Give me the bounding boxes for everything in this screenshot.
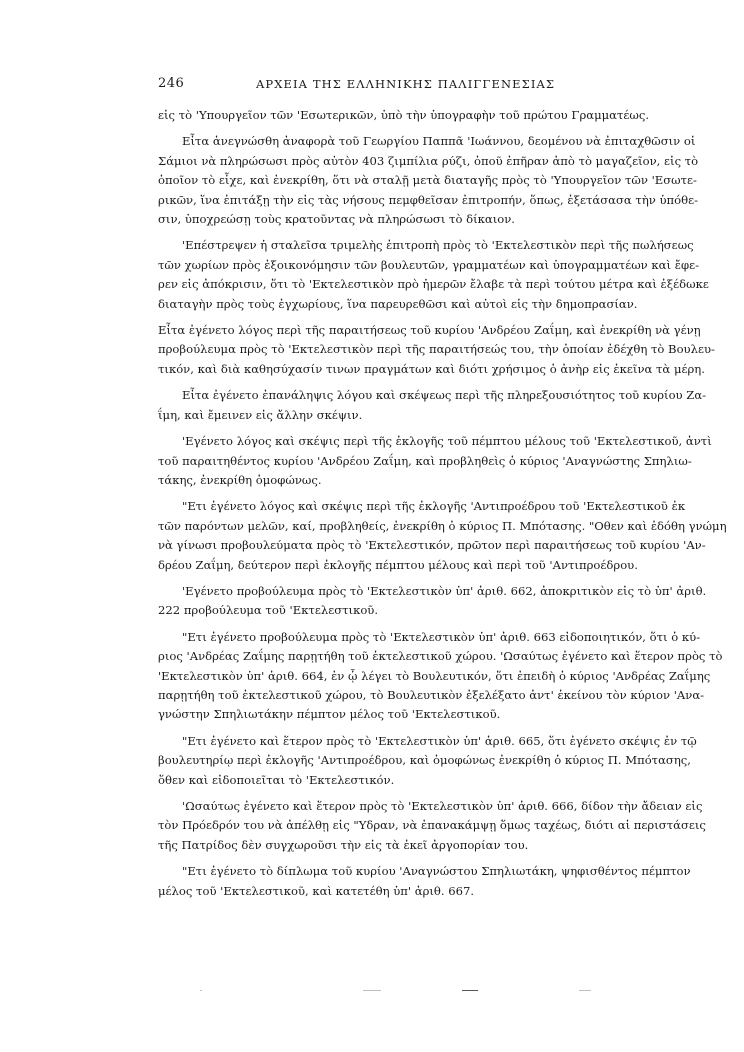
text-line: ρεν εἰς ἀπόκρισιν, ὅτι τὸ 'Εκτελεστικὸν … (158, 275, 630, 294)
text-line: διαταγὴν πρὸς τοὺς ἐγχωρίους, ἵνα παρευρ… (158, 295, 630, 314)
paragraph-11: 'Ωσαύτως ἐγένετο καὶ ἕτερον πρὸς τὸ 'Εκτ… (158, 797, 630, 855)
text-line: τῶν χωρίων πρὸς ἐξοικονόμησιν τῶν βουλευ… (158, 256, 630, 275)
paragraph-8: 'Εγένετο προβούλευμα πρὸς τὸ 'Εκτελεστικ… (158, 582, 630, 621)
text-line: "Ετι ἐγένετο τὸ δίπλωμα τοῦ κυρίου 'Αναγ… (158, 862, 630, 881)
text-line: τοῦ παραιτηθέντος κυρίου 'Ανδρέου Ζαΐμη,… (158, 452, 630, 471)
scan-artifacts (200, 990, 600, 992)
scan-speck (579, 990, 591, 991)
paragraph-7: "Ετι ἐγένετο λόγος καὶ σκέψις περὶ τῆς ἐ… (158, 497, 630, 575)
document-page: 246 ΑΡΧΕΙΑ ΤΗΣ ΕΛΛΗΝΙΚΗΣ ΠΑΛΙΓΓΕΝΕΣΙΑΣ ε… (0, 0, 744, 1052)
text-line: παρῃτήθη τοῦ ἐκτελεστικοῦ χώρου, τὸ Βουλ… (158, 686, 630, 705)
text-line: Σάμιοι νὰ πληρώσωσι πρὸς αὐτὸν 403 ζιμπί… (158, 152, 630, 171)
text-line: τάκης, ἐνεκρίθη ὁμοφώνως. (158, 471, 630, 490)
text-line: σιν, ὑποχρεώσῃ τοὺς κρατοῦντας νὰ πληρώσ… (158, 210, 630, 229)
text-line: βουλευτηρίῳ περὶ ἐκλογῆς 'Αντιπροέδρου, … (158, 751, 630, 770)
scan-speck (200, 990, 202, 991)
text-line: ΐμη, καὶ ἔμεινεν εἰς ἄλλην σκέψιν. (158, 406, 630, 425)
paragraph-1: εἰς τὸ 'Υπουργεῖον τῶν 'Εσωτερικῶν, ὑπὸ … (158, 106, 630, 125)
text-line: 'Εγένετο προβούλευμα πρὸς τὸ 'Εκτελεστικ… (158, 582, 630, 601)
paragraph-3: 'Επέστρεψεν ἡ σταλεῖσα τριμελὴς ἐπιτροπὴ… (158, 236, 630, 314)
text-line: μέλος τοῦ 'Εκτελεστικοῦ, καὶ κατετέθη ὑπ… (158, 882, 630, 901)
text-line: 'Εγένετο λόγος καὶ σκέψις περὶ τῆς ἐκλογ… (158, 432, 630, 451)
paragraph-2: Εἶτα ἀνεγνώσθη ἀναφορὰ τοῦ Γεωργίου Παππ… (158, 132, 630, 229)
text-line: τῶν παρόντων μελῶν, καί, προβληθείς, ἐνε… (158, 517, 630, 536)
text-line: δρέου Ζαΐμη, δεύτερον περὶ ἐκλογῆς πέμπτ… (158, 556, 630, 575)
text-line: τὸν Πρόεδρόν του νὰ ἀπέλθῃ εἰς "Υδραν, ν… (158, 816, 630, 835)
running-title: ΑΡΧΕΙΑ ΤΗΣ ΕΛΛΗΝΙΚΗΣ ΠΑΛΙΓΓΕΝΕΣΙΑΣ (256, 77, 555, 91)
paragraph-10: "Ετι ἐγένετο καὶ ἕτερον πρὸς τὸ 'Εκτελεσ… (158, 732, 630, 790)
text-line: τικόν, καὶ διὰ καθησύχασίν τινων πραγμάτ… (158, 360, 630, 379)
body-text: εἰς τὸ 'Υπουργεῖον τῶν 'Εσωτερικῶν, ὑπὸ … (158, 106, 630, 901)
paragraph-5: Εἶτα ἐγένετο ἐπανάληψις λόγου καὶ σκέψεω… (158, 386, 630, 425)
text-line: τῆς Πατρίδος δὲν συγχωροῦσι τὴν εἰς τὰ ἐ… (158, 836, 630, 855)
paragraph-4: Εἶτα ἐγένετο λόγος περὶ τῆς παραιτήσεως … (158, 321, 630, 379)
scan-speck (462, 990, 478, 991)
paragraph-6: 'Εγένετο λόγος καὶ σκέψις περὶ τῆς ἐκλογ… (158, 432, 630, 490)
text-line: 'Ωσαύτως ἐγένετο καὶ ἕτερον πρὸς τὸ 'Εκτ… (158, 797, 630, 816)
text-line: ὁποῖον τὸ εἶχε, καὶ ἐνεκρίθη, ὅτι νὰ στα… (158, 171, 630, 190)
text-line: γνώστην Σπηλιωτάκην πέμπτον μέλος τοῦ 'Ε… (158, 705, 630, 724)
text-line: ρικῶν, ἵνα ἐπιτάξῃ τὴν εἰς τὰς νήσους πε… (158, 191, 630, 210)
text-line: εἰς τὸ 'Υπουργεῖον τῶν 'Εσωτερικῶν, ὑπὸ … (158, 106, 630, 125)
scan-speck (363, 990, 381, 991)
text-line: ριος 'Ανδρέας Ζαΐμης παρῃτήθη τοῦ ἐκτελε… (158, 647, 630, 666)
text-line: "Ετι ἐγένετο καὶ ἕτερον πρὸς τὸ 'Εκτελεσ… (158, 732, 630, 751)
text-line: 'Εκτελεστικὸν ὑπ' ἀριθ. 664, ἐν ᾧ λέγει … (158, 667, 630, 686)
text-line: "Ετι ἐγένετο προβούλευμα πρὸς τὸ 'Εκτελε… (158, 628, 630, 647)
page-number: 246 (158, 76, 184, 91)
paragraph-9: "Ετι ἐγένετο προβούλευμα πρὸς τὸ 'Εκτελε… (158, 628, 630, 725)
text-line: Εἶτα ἐγένετο λόγος περὶ τῆς παραιτήσεως … (158, 321, 630, 340)
running-head: 246 ΑΡΧΕΙΑ ΤΗΣ ΕΛΛΗΝΙΚΗΣ ΠΑΛΙΓΓΕΝΕΣΙΑΣ (158, 76, 598, 96)
text-line: προβούλευμα πρὸς τὸ 'Εκτελεστικὸν περὶ τ… (158, 340, 630, 359)
text-line: "Ετι ἐγένετο λόγος καὶ σκέψις περὶ τῆς ἐ… (158, 497, 630, 516)
text-line: 222 προβούλευμα τοῦ 'Εκτελεστικοῦ. (158, 601, 630, 620)
text-line: Εἶτα ἀνεγνώσθη ἀναφορὰ τοῦ Γεωργίου Παππ… (158, 132, 630, 151)
text-line: ὅθεν καὶ εἰδοποιεῖται τὸ 'Εκτελεστικόν. (158, 771, 630, 790)
paragraph-12: "Ετι ἐγένετο τὸ δίπλωμα τοῦ κυρίου 'Αναγ… (158, 862, 630, 901)
text-line: νὰ γίνωσι προβουλεύματα πρὸς τὸ 'Εκτελεσ… (158, 536, 630, 555)
text-line: Εἶτα ἐγένετο ἐπανάληψις λόγου καὶ σκέψεω… (158, 386, 630, 405)
text-line: 'Επέστρεψεν ἡ σταλεῖσα τριμελὴς ἐπιτροπὴ… (158, 236, 630, 255)
